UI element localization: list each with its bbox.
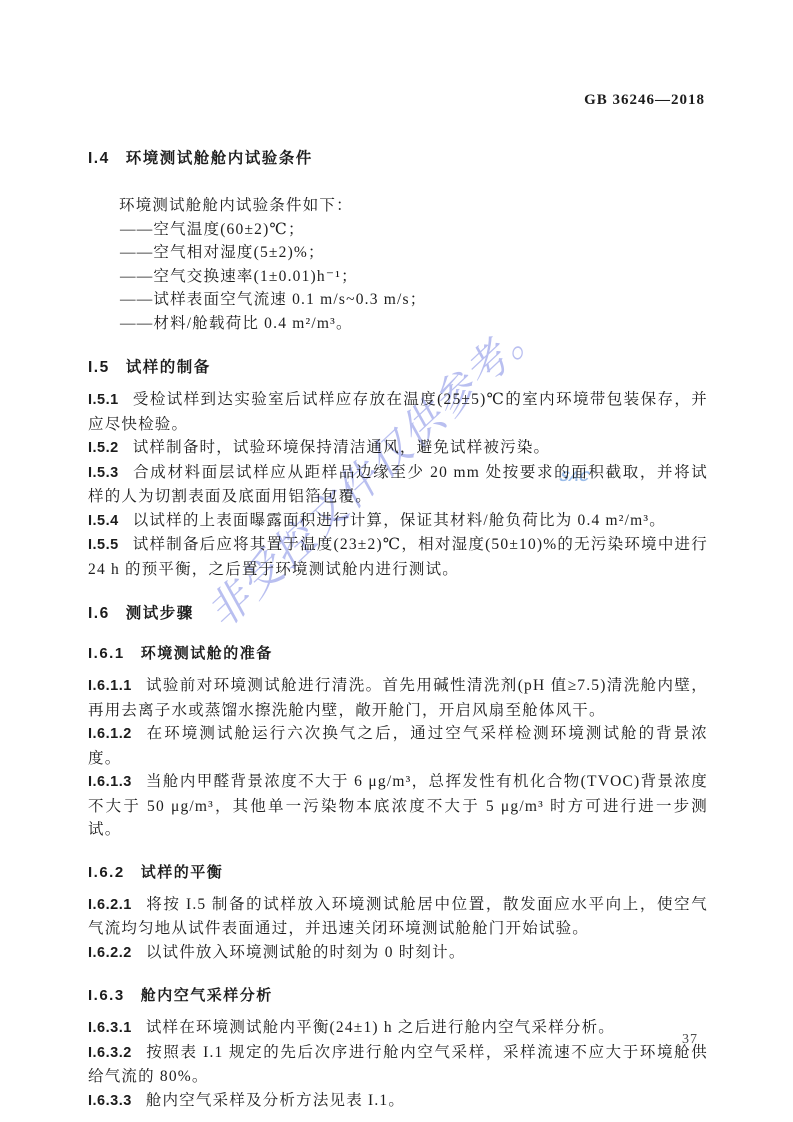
subsection-title: 环境测试舱的准备 [141,645,273,662]
page-number: 37 [682,1032,698,1048]
clause-text: 试样在环境测试舱内平衡(24±1) h 之后进行舱内空气采样分析。 [146,1019,615,1036]
clause: I.6.2.1将按 I.5 制备的试样放入环境测试舱居中位置，散发面应水平向上，… [88,893,708,941]
subsection-heading-i62: I.6.2试样的平衡 [88,861,708,882]
clause: I.5.1受检试样到达实验室后试样应存放在温度(25±5)℃的室内环境带包装保存… [88,388,708,436]
clause: I.5.2试样制备时，试验环境保持清洁通风，避免试样被污染。 [88,436,708,461]
list-item: ——材料/舱载荷比 0.4 m²/m³。 [120,312,708,336]
subsection-number: I.6.2 [88,864,125,881]
clause-number: I.6.3.1 [88,1020,132,1036]
clause-number: I.6.2.2 [88,945,132,961]
clause-number: I.6.1.1 [88,678,132,694]
subsection-title: 试样的平衡 [141,864,224,881]
clause-text: 将按 I.5 制备的试样放入环境测试舱居中位置，散发面应水平向上，使空气气流均匀… [88,896,708,938]
clause-number: I.5.1 [88,392,119,408]
section-heading-i6: I.6测试步骤 [88,601,708,623]
subsection-number: I.6.3 [88,987,125,1004]
clause: I.6.3.2按照表 I.1 规定的先后次序进行舱内空气采样，采样流速不应大于环… [88,1041,708,1089]
standard-number: GB 36246—2018 [584,92,705,109]
clause: I.5.3合成材料面层试样应从距样品边缘至少 20 mm 处按要求的面积截取，并… [88,461,708,509]
clause-number: I.5.4 [88,513,119,529]
clause-text: 受检试样到达实验室后试样应存放在温度(25±5)℃的室内环境带包装保存，并应尽快… [88,391,708,433]
document-body: I.4环境测试舱舱内试验条件 环境测试舱舱内试验条件如下： ——空气温度(60±… [88,146,708,1113]
clause: I.5.4以试样的上表面曝露面积进行计算，保证其材料/舱负荷比为 0.4 m²/… [88,509,708,534]
subsection-number: I.6.1 [88,645,125,662]
clause-text: 按照表 I.1 规定的先后次序进行舱内空气采样，采样流速不应大于环境舱供给气流的… [88,1044,708,1086]
clause-number: I.5.2 [88,440,119,456]
clause-text: 当舱内甲醛背景浓度不大于 6 μg/m³，总挥发性有机化合物(TVOC)背景浓度… [88,773,708,838]
clause-number: I.5.3 [88,465,119,481]
clause-number: I.6.3.3 [88,1093,132,1109]
clause-number: I.6.3.2 [88,1045,132,1061]
clause: I.6.1.2在环境测试舱运行六次换气之后，通过空气采样检测环境测试舱的背景浓度… [88,722,708,770]
subsection-heading-i63: I.6.3舱内空气采样分析 [88,984,708,1005]
clause-number: I.5.5 [88,537,119,553]
clause: I.6.2.2以试件放入环境测试舱的时刻为 0 时刻计。 [88,941,708,966]
clause-text: 合成材料面层试样应从距样品边缘至少 20 mm 处按要求的面积截取，并将试样的人… [88,464,708,506]
clause-text: 在环境测试舱运行六次换气之后，通过空气采样检测环境测试舱的背景浓度。 [88,725,708,767]
clause-number: I.6.1.2 [88,726,132,742]
section-heading-i4: I.4环境测试舱舱内试验条件 [88,146,708,168]
clause: I.6.3.1试样在环境测试舱内平衡(24±1) h 之后进行舱内空气采样分析。 [88,1016,708,1041]
clause-text: 试样制备时，试验环境保持清洁通风，避免试样被污染。 [133,439,551,456]
section-number: I.5 [88,359,110,376]
list-item: ——空气交换速率(1±0.01)h⁻¹； [120,265,708,289]
clause-text: 以试样的上表面曝露面积进行计算，保证其材料/舱负荷比为 0.4 m²/m³。 [133,512,666,529]
clause: I.6.3.3舱内空气采样及分析方法见表 I.1。 [88,1089,708,1114]
list-item: ——空气相对湿度(5±2)%； [120,241,708,265]
section-title: 测试步骤 [126,605,194,622]
clause-text: 舱内空气采样及分析方法见表 I.1。 [146,1092,405,1109]
clause-text: 试样制备后应将其置于温度(23±2)℃，相对湿度(50±10)%的无污染环境中进… [88,536,708,578]
section-number: I.4 [88,150,110,167]
clause-number: I.6.2.1 [88,897,132,913]
clause-text: 试验前对环境测试舱进行清洗。首先用碱性清洗剂(pH 值≥7.5)清洗舱内壁，再用… [88,677,708,719]
clause: I.6.1.1试验前对环境测试舱进行清洗。首先用碱性清洗剂(pH 值≥7.5)清… [88,674,708,722]
section-title: 试样的制备 [126,359,211,376]
section-number: I.6 [88,605,110,622]
section-heading-i5: I.5试样的制备 [88,355,708,377]
intro-paragraph: 环境测试舱舱内试验条件如下： [88,194,708,218]
subsection-heading-i61: I.6.1环境测试舱的准备 [88,642,708,663]
clause: I.5.5试样制备后应将其置于温度(23±2)℃，相对湿度(50±10)%的无污… [88,533,708,581]
document-page: GB 36246—2018 非受控文件仅供参考。 SAC I.4环境测试舱舱内试… [0,0,793,1122]
condition-list: ——空气温度(60±2)℃； ——空气相对湿度(5±2)%； ——空气交换速率(… [88,218,708,336]
clause: I.6.1.3当舱内甲醛背景浓度不大于 6 μg/m³，总挥发性有机化合物(TV… [88,770,708,842]
subsection-title: 舱内空气采样分析 [141,987,273,1004]
section-title: 环境测试舱舱内试验条件 [126,150,313,167]
list-item: ——试样表面空气流速 0.1 m/s~0.3 m/s； [120,288,708,312]
list-item: ——空气温度(60±2)℃； [120,218,708,242]
clause-number: I.6.1.3 [88,774,132,790]
clause-text: 以试件放入环境测试舱的时刻为 0 时刻计。 [146,944,466,961]
